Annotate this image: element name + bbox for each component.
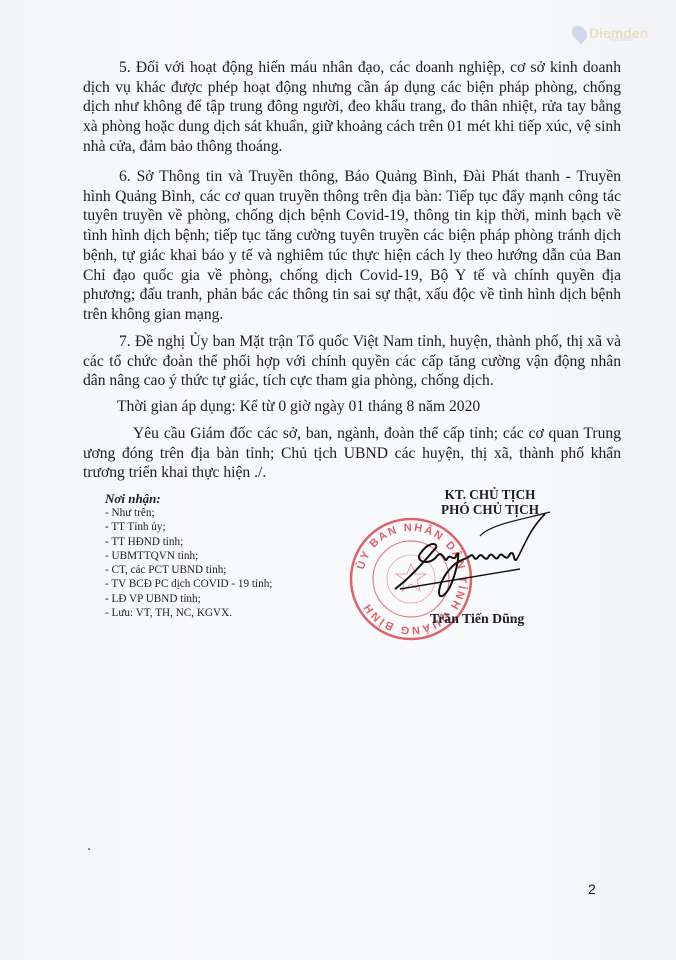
list-item: - Lưu: VT, TH, NC, KGVX. [105, 606, 272, 620]
recipients-block: Nơi nhận: - Như trên; - TT Tỉnh ủy; - TT… [105, 491, 272, 620]
list-item: - TT Tỉnh ủy; [105, 520, 272, 534]
effective-time: Thời gian áp dụng: Kể từ 0 giờ ngày 01 t… [83, 397, 621, 417]
list-item: - TT HĐND tỉnh; [105, 535, 272, 549]
page-number: 2 [588, 881, 596, 897]
paragraph-7: 7. Đề nghị Ủy ban Mặt trận Tổ quốc Việt … [83, 332, 621, 391]
list-item: - LĐ VP UBND tỉnh; [105, 592, 272, 606]
handwritten-signature-icon [375, 494, 555, 609]
watermark-sub: Việt Nam [609, 37, 634, 43]
watermark-logo: Diemden Việt Nam [573, 20, 663, 46]
recipients-title: Nơi nhận: [105, 491, 272, 506]
list-item: - Như trên; [105, 506, 272, 520]
paragraph-7-text: 7. Đề nghị Ủy ban Mặt trận Tổ quốc Việt … [83, 332, 621, 391]
signer-name: Trần Tiến Dũng [430, 611, 524, 627]
list-item: - UBMTTQVN tỉnh; [105, 549, 272, 563]
recipients-list: - Như trên; - TT Tỉnh ủy; - TT HĐND tỉnh… [105, 506, 272, 620]
paragraph-5-text: 5. Đối với hoạt động hiến máu nhân đạo, … [83, 58, 621, 157]
paragraph-5: 5. Đối với hoạt động hiến máu nhân đạo, … [83, 58, 621, 157]
paragraph-6-text: 6. Sở Thông tin và Truyền thông, Báo Quả… [83, 167, 621, 325]
list-item: - CT, các PCT UBND tỉnh; [105, 563, 272, 577]
map-pin-icon [569, 22, 590, 43]
request-text: Yêu cầu Giám đốc các sở, ban, ngành, đoà… [83, 424, 621, 483]
scan-speck [88, 848, 90, 850]
request-paragraph: Yêu cầu Giám đốc các sở, ban, ngành, đoà… [83, 424, 621, 483]
signature-block: ỦY BAN NHÂN DÂN TỈNH QUẢNG BÌNH KT. CHỦ … [380, 484, 600, 634]
list-item: - TV BCĐ PC dịch COVID - 19 tỉnh; [105, 577, 272, 591]
document-page: Diemden Việt Nam 5. Đối với hoạt động hi… [0, 0, 676, 960]
paragraph-6: 6. Sở Thông tin và Truyền thông, Báo Quả… [83, 167, 621, 325]
